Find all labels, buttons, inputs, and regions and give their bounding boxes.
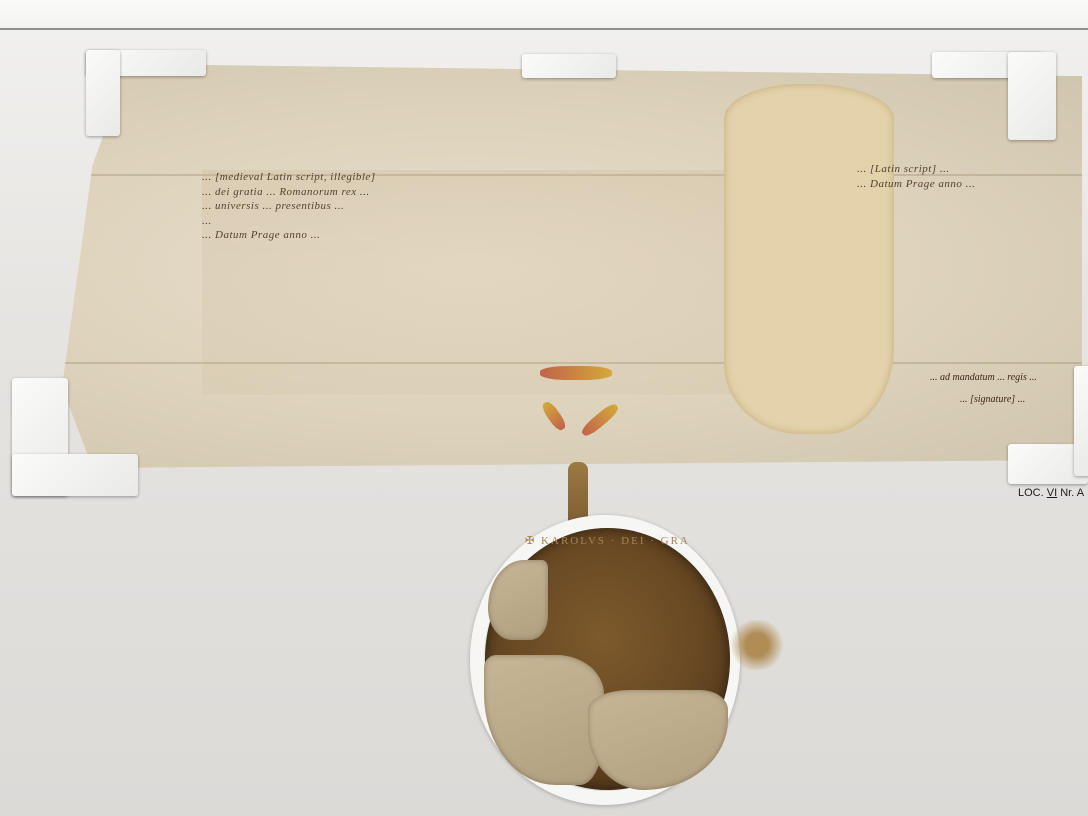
charter-right-text: ... [Latin script] ... ... Datum Prage a… (857, 162, 1047, 342)
mount-top-left (86, 50, 120, 136)
loose-threads (728, 620, 786, 670)
text-line: ... [Latin script] ... (857, 162, 1047, 177)
text-line: ... Datum Prage anno ... (202, 228, 762, 243)
chancery-signature: ... [signature] ... (960, 394, 1025, 405)
charter-main-text: ... [medieval Latin script, illegible] .… (202, 170, 762, 395)
catalog-suffix: Nr. A (1060, 487, 1084, 499)
silk-cord (540, 366, 612, 380)
text-line: ... (202, 214, 762, 229)
seal-fragment (588, 690, 728, 790)
charter-parchment: ... [medieval Latin script, illegible] .… (62, 64, 1082, 468)
text-line: ... dei gratia ... Romanorum rex ... (202, 185, 762, 200)
catalog-label: LOC. VI Nr. A (1018, 487, 1084, 499)
mount-bottom-left (12, 454, 138, 496)
mount-bottom-right (1074, 366, 1088, 476)
mount-top-right (1008, 52, 1056, 140)
chancery-annotation: ... ad mandatum ... regis ... (930, 372, 1037, 383)
text-line: ... universis ... presentibus ... (202, 199, 762, 214)
catalog-number: VI (1047, 487, 1057, 499)
seal-fragment (484, 655, 604, 785)
display-case-edge (0, 0, 1088, 30)
text-line: ... [medieval Latin script, illegible] (202, 170, 762, 185)
mount-top-center (522, 54, 616, 78)
seal-legend: ✠ KAROLVS · DEI · GRA (485, 534, 730, 547)
text-line: ... Datum Prage anno ... (857, 177, 1047, 192)
catalog-prefix: LOC. (1018, 487, 1044, 499)
